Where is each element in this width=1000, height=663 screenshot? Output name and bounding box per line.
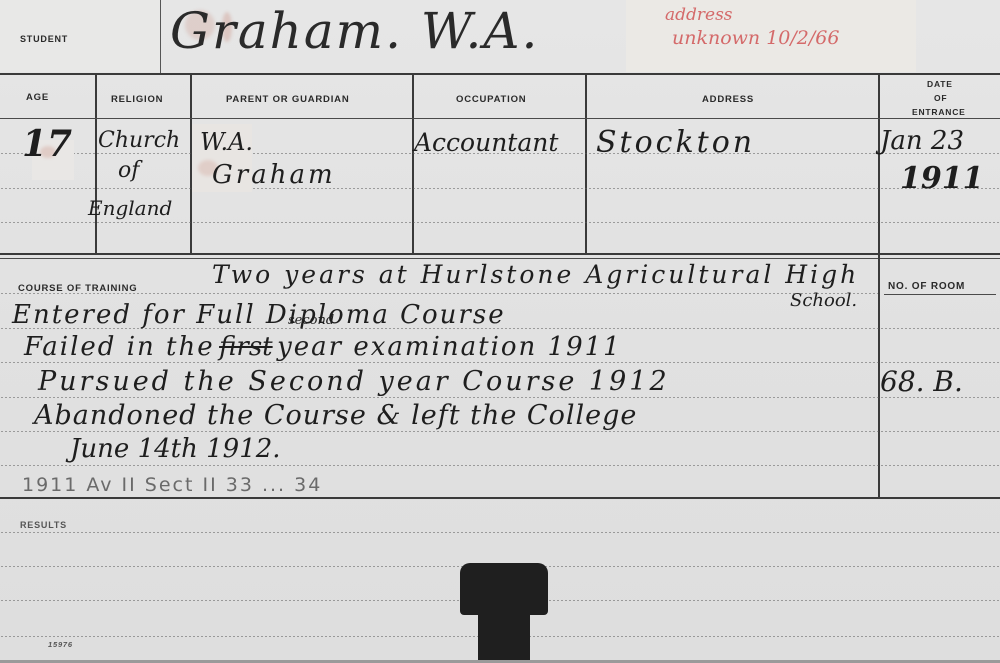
col-header-age: AGE bbox=[26, 92, 49, 103]
col-divider bbox=[878, 74, 880, 254]
course-line-1b: School. bbox=[790, 292, 857, 310]
student-name: Graham. W.A. bbox=[170, 6, 539, 56]
red-annotation-unknown: unknown 10/2/66 bbox=[672, 28, 839, 50]
course-line-3-post: year examination 1911 bbox=[277, 332, 622, 362]
room-label-underline bbox=[884, 294, 996, 295]
course-line-4: Pursued the Second year Course 1912 bbox=[38, 368, 670, 395]
col-header-religion: RELIGION bbox=[111, 94, 163, 105]
dotted-rule bbox=[0, 222, 1000, 223]
course-bottom-rule bbox=[0, 497, 1000, 499]
red-annotation-address: address bbox=[665, 6, 733, 26]
parent-line-1: W.A. bbox=[200, 130, 253, 154]
room-value: 68. B. bbox=[880, 368, 963, 396]
entrance-date-line-1: Jan 23 bbox=[880, 128, 964, 154]
col-divider bbox=[95, 74, 97, 254]
religion-line-1: Church bbox=[98, 130, 180, 152]
col-header-date-1: DATE bbox=[927, 79, 953, 89]
course-line-1: Two years at Hurlstone Agricultural High bbox=[212, 262, 859, 287]
dotted-rule bbox=[0, 188, 1000, 189]
course-line-6: June 14th 1912. bbox=[70, 436, 281, 462]
student-divider bbox=[160, 0, 161, 74]
header-rule bbox=[0, 118, 1000, 119]
course-line-3: Failed in the first year examination 191… bbox=[24, 334, 622, 360]
form-number: 15976 bbox=[48, 640, 73, 649]
top-rule bbox=[0, 73, 1000, 75]
student-label: STUDENT bbox=[20, 34, 68, 44]
col-divider bbox=[585, 74, 587, 254]
course-line-3-pre: Failed in the bbox=[24, 332, 215, 362]
pencil-note: 1911 Av II Sect II 33 ... 34 bbox=[22, 476, 322, 495]
student-record-card: STUDENT Graham. W.A. address unknown 10/… bbox=[0, 0, 1000, 663]
room-label: NO. OF ROOM bbox=[888, 281, 965, 292]
col-header-parent: PARENT OR GUARDIAN bbox=[226, 94, 349, 105]
dotted-rule bbox=[0, 431, 1000, 432]
col-header-date-2: OF bbox=[934, 93, 947, 103]
dotted-rule bbox=[0, 362, 1000, 363]
parent-line-2: Graham bbox=[212, 162, 336, 188]
col-header-date-3: ENTRANCE bbox=[912, 107, 966, 117]
dotted-rule bbox=[0, 465, 1000, 466]
course-line-5: Abandoned the Course & left the College bbox=[34, 402, 637, 429]
section-rule bbox=[0, 253, 1000, 255]
dotted-rule bbox=[0, 532, 1000, 533]
entrance-date-line-2: 1911 bbox=[900, 164, 984, 194]
course-line-2: Entered for Full Diploma Course bbox=[12, 302, 506, 328]
course-line-3-struck: first bbox=[219, 332, 273, 362]
religion-line-2: of bbox=[118, 160, 139, 182]
section-rule bbox=[0, 258, 1000, 259]
address-value: Stockton bbox=[596, 128, 755, 158]
religion-line-3: England bbox=[88, 198, 172, 218]
course-line-3-insert: second bbox=[288, 314, 334, 327]
results-label: RESULTS bbox=[20, 520, 67, 530]
col-divider bbox=[412, 74, 414, 254]
dotted-rule bbox=[0, 293, 878, 294]
col-header-address: ADDRESS bbox=[702, 94, 754, 105]
col-header-occupation: OCCUPATION bbox=[456, 94, 526, 105]
occupation-value: Accountant bbox=[414, 130, 558, 155]
ink-blot bbox=[478, 608, 530, 663]
age-value: 17 bbox=[22, 126, 72, 162]
dotted-rule bbox=[0, 397, 1000, 398]
